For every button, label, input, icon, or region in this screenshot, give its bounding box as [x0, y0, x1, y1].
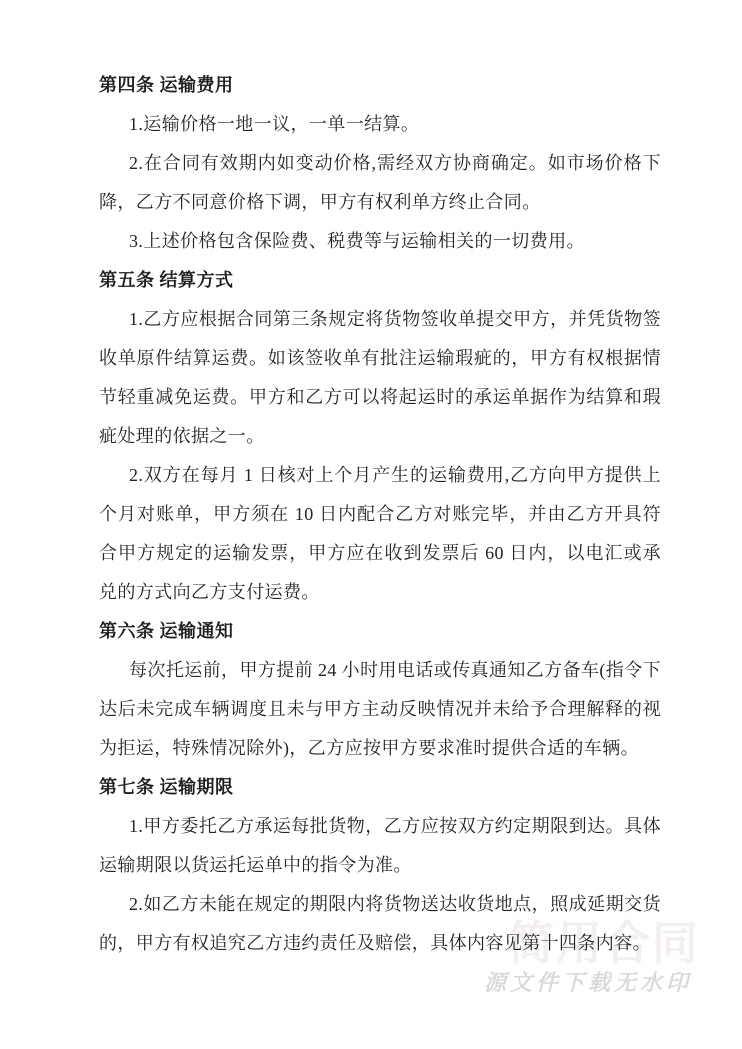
contract-paragraph: 2.双方在每月 1 日核对上个月产生的运输费用,乙方向甲方提供上个月对账单，甲方… [99, 456, 661, 612]
section-heading-article-6: 第六条 运输通知 [99, 612, 661, 651]
contract-body: 第四条 运输费用 1.运输价格一地一议，一单一结算。 2.在合同有效期内如变动价… [99, 66, 661, 963]
contract-paragraph: 2.如乙方未能在规定的期限内将货物送达收货地点，照成延期交货的，甲方有权追究乙方… [99, 885, 661, 963]
section-heading-article-5: 第五条 结算方式 [99, 261, 661, 300]
contract-page: 第四条 运输费用 1.运输价格一地一议，一单一结算。 2.在合同有效期内如变动价… [0, 0, 742, 1049]
section-heading-article-7: 第七条 运输期限 [99, 768, 661, 807]
watermark-tagline-text: 源文件下载无水印 [484, 971, 692, 995]
contract-paragraph: 1.乙方应根据合同第三条规定将货物签收单提交甲方，并凭货物签收单原件结算运费。如… [99, 300, 661, 456]
contract-paragraph: 每次托运前，甲方提前 24 小时用电话或传真通知乙方备车(指令下达后未完成车辆调… [99, 651, 661, 768]
contract-paragraph: 3.上述价格包含保险费、税费等与运输相关的一切费用。 [99, 222, 661, 261]
section-heading-article-4: 第四条 运输费用 [99, 66, 661, 105]
contract-paragraph: 1.甲方委托乙方承运每批货物，乙方应按双方约定期限到达。具体运输期限以货运托运单… [99, 807, 661, 885]
contract-paragraph: 1.运输价格一地一议，一单一结算。 [99, 105, 661, 144]
contract-paragraph: 2.在合同有效期内如变动价格,需经双方协商确定。如市场价格下降，乙方不同意价格下… [99, 144, 661, 222]
